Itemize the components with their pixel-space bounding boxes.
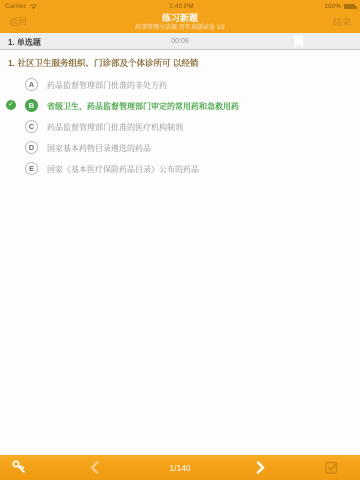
battery-icon [344, 4, 355, 9]
wifi-icon [29, 3, 38, 10]
page-subtitle: 药事管理与法规 历年真题试卷 1/2 [60, 24, 300, 32]
option-e-label: 国家《基本医疗保险药品目录》公布的药品 [47, 164, 350, 175]
back-button[interactable]: 返回 [9, 15, 27, 28]
page-title: 练习新题 [60, 13, 300, 24]
option-a[interactable]: A 药品监督管理部门批准的非处方药 [0, 74, 360, 95]
app-screen: Carrier 1:43 PM 100% 返回 练习新题 药事管理与法规 历年真… [0, 0, 360, 480]
option-e-badge: E [25, 162, 38, 175]
option-d[interactable]: D 国家基本药物目录遴选的药品 [0, 137, 360, 158]
option-c[interactable]: C 药品监督管理部门批准的医疗机构制剂 [0, 116, 360, 137]
question-text: 1. 社区卫生服务组织、门诊部及个体诊所可 以经销 [0, 51, 360, 74]
page-indicator: 1/140 [0, 463, 360, 473]
bookmark-icon[interactable] [294, 35, 303, 48]
carrier-label: Carrier [5, 3, 26, 10]
option-b-badge: B [25, 99, 38, 112]
option-b-label: 省级卫生、药品监督管理部门审定的常用药和急救用药 [47, 101, 350, 112]
option-c-label: 药品监督管理部门批准的医疗机构制剂 [47, 122, 350, 133]
selected-check-icon: ✓ [6, 100, 16, 110]
nav-title-group: 练习新题 药事管理与法规 历年真题试卷 1/2 [60, 12, 300, 32]
next-question-button[interactable] [256, 461, 265, 479]
bottom-toolbar: 1/140 [0, 455, 360, 480]
option-d-label: 国家基本药物目录遴选的药品 [47, 143, 350, 154]
clock: 1:43 PM [169, 3, 194, 10]
option-a-badge: A [25, 78, 38, 91]
option-a-label: 药品监督管理部门批准的非处方药 [47, 80, 350, 91]
option-e[interactable]: E 国家《基本医疗保险药品目录》公布的药品 [0, 158, 360, 179]
option-d-badge: D [25, 141, 38, 154]
status-bar: Carrier 1:43 PM 100% [0, 0, 360, 12]
answer-card-icon[interactable] [325, 461, 338, 479]
timer-label: 00:08 [0, 38, 360, 45]
option-b[interactable]: ✓ B 省级卫生、药品监督管理部门审定的常用药和急救用药 [0, 95, 360, 116]
nav-bar: 返回 练习新题 药事管理与法规 历年真题试卷 1/2 结束 [0, 12, 360, 33]
option-c-badge: C [25, 120, 38, 133]
header-bar: Carrier 1:43 PM 100% 返回 练习新题 药事管理与法规 历年真… [0, 0, 360, 33]
end-button[interactable]: 结束 [333, 15, 351, 28]
battery-percent: 100% [324, 3, 341, 10]
question-type-bar: 1. 单选题 00:08 [0, 33, 360, 50]
question-area: 1. 社区卫生服务组织、门诊部及个体诊所可 以经销 A 药品监督管理部门批准的非… [0, 51, 360, 455]
